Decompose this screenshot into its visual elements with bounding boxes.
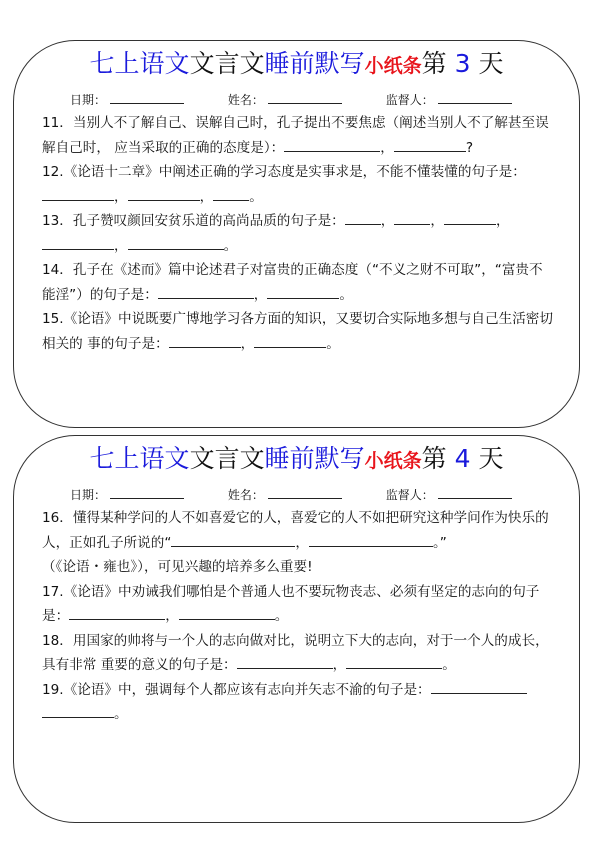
separator: ， bbox=[114, 238, 128, 254]
answer-blank[interactable] bbox=[444, 212, 480, 225]
question-text: 12.《论语十二章》中阐述正确的学习态度是实事求是，不能不懂装懂的句子是： bbox=[42, 164, 526, 180]
answer-blank[interactable] bbox=[431, 681, 527, 694]
separator: ， bbox=[381, 213, 395, 229]
questions: 11．当别人不了解自己、误解自己时，孔子提出不要焦虑（阐述当别人不了解甚至误解自… bbox=[42, 111, 556, 356]
answer-blank[interactable] bbox=[169, 335, 241, 348]
title-small-note: 小纸条 bbox=[365, 450, 422, 472]
answer-blank[interactable] bbox=[179, 607, 275, 620]
separator: ， bbox=[380, 140, 394, 156]
separator: ， bbox=[496, 213, 510, 229]
name-blank[interactable] bbox=[268, 486, 342, 499]
card-title: 七上语文文言文睡前默写小纸条第 4 天 bbox=[14, 443, 579, 477]
question-end: ? bbox=[466, 140, 473, 156]
answer-blank[interactable] bbox=[42, 188, 114, 201]
date-blank[interactable] bbox=[110, 91, 184, 104]
separator: ， bbox=[295, 535, 309, 551]
title-classical: 文言文 bbox=[190, 49, 265, 78]
date-label: 日期： bbox=[70, 93, 106, 107]
answer-blank[interactable] bbox=[254, 335, 326, 348]
question-17: 17.《论语》中劝诫我们哪怕是个普通人也不要玩物丧志、必须有坚定的志向的句子是：… bbox=[42, 580, 556, 629]
dictation-card-day-3: 七上语文文言文睡前默写小纸条第 3 天 日期： 姓名： 监督人： 11．当别人不… bbox=[13, 40, 580, 428]
question-13: 13．孔子赞叹颜回安贫乐道的高尚品质的句子是：，，，，。 bbox=[42, 209, 556, 258]
question-12: 12.《论语十二章》中阐述正确的学习态度是实事求是，不能不懂装懂的句子是：，，。 bbox=[42, 160, 556, 209]
name-label: 姓名： bbox=[228, 488, 264, 502]
question-end: 。 bbox=[114, 706, 128, 722]
title-day-number: 4 bbox=[447, 444, 479, 473]
answer-blank[interactable] bbox=[346, 656, 442, 669]
separator: ， bbox=[200, 189, 214, 205]
title-grade-subject: 七上语文 bbox=[90, 444, 190, 473]
name-blank[interactable] bbox=[268, 91, 342, 104]
date-field[interactable]: 日期： bbox=[70, 91, 184, 108]
date-field[interactable]: 日期： bbox=[70, 486, 184, 503]
question-19: 19.《论语》中，强调每个人都应该有志向并矢志不渝的句子是：。 bbox=[42, 678, 556, 727]
title-day-prefix: 第 bbox=[422, 49, 447, 78]
question-end: 。 bbox=[326, 336, 340, 352]
answer-blank[interactable] bbox=[394, 139, 466, 152]
question-16: 16．懂得某种学问的人不如喜爱它的人，喜爱它的人不如把研究这种学问作为快乐的人，… bbox=[42, 506, 556, 580]
meta-row: 日期： 姓名： 监督人： bbox=[70, 91, 512, 108]
separator: ， bbox=[333, 657, 347, 673]
question-end: 。 bbox=[224, 238, 238, 254]
title-day-suffix: 天 bbox=[478, 49, 503, 78]
questions: 16．懂得某种学问的人不如喜爱它的人，喜爱它的人不如把研究这种学问作为快乐的人，… bbox=[42, 506, 556, 727]
title-grade-subject: 七上语文 bbox=[90, 49, 190, 78]
answer-blank[interactable] bbox=[394, 212, 430, 225]
quote-close: 。” bbox=[433, 535, 447, 551]
answer-blank[interactable] bbox=[237, 656, 333, 669]
title-bedtime-dictation: 睡前默写 bbox=[265, 49, 365, 78]
name-label: 姓名： bbox=[228, 93, 264, 107]
answer-blank[interactable] bbox=[69, 607, 165, 620]
answer-blank[interactable] bbox=[42, 705, 114, 718]
answer-blank[interactable] bbox=[42, 237, 114, 250]
answer-blank[interactable] bbox=[309, 534, 433, 547]
meta-row: 日期： 姓名： 监督人： bbox=[70, 486, 512, 503]
separator: ， bbox=[430, 213, 444, 229]
question-end: 。 bbox=[249, 189, 263, 205]
card-title: 七上语文文言文睡前默写小纸条第 3 天 bbox=[14, 48, 579, 82]
answer-blank[interactable] bbox=[213, 188, 249, 201]
answer-blank[interactable] bbox=[128, 237, 224, 250]
dictation-card-day-4: 七上语文文言文睡前默写小纸条第 4 天 日期： 姓名： 监督人： 16．懂得某种… bbox=[13, 435, 580, 823]
supervisor-label: 监督人： bbox=[386, 488, 434, 502]
title-bedtime-dictation: 睡前默写 bbox=[265, 444, 365, 473]
date-blank[interactable] bbox=[110, 486, 184, 499]
separator: ， bbox=[254, 287, 268, 303]
answer-blank[interactable] bbox=[158, 286, 254, 299]
answer-blank[interactable] bbox=[345, 212, 381, 225]
title-day-prefix: 第 bbox=[422, 444, 447, 473]
title-small-note: 小纸条 bbox=[365, 55, 422, 77]
title-day-suffix: 天 bbox=[478, 444, 503, 473]
supervisor-field[interactable]: 监督人： bbox=[386, 486, 512, 503]
question-15: 15.《论语》中说既要广博地学习各方面的知识，又要切合实际地多想与自己生活密切相… bbox=[42, 307, 556, 356]
title-classical: 文言文 bbox=[190, 444, 265, 473]
supervisor-blank[interactable] bbox=[438, 486, 512, 499]
separator: ， bbox=[114, 189, 128, 205]
answer-blank[interactable] bbox=[267, 286, 339, 299]
question-end: 。 bbox=[442, 657, 456, 673]
supervisor-field[interactable]: 监督人： bbox=[386, 91, 512, 108]
question-14: 14．孔子在《述而》篇中论述君子对富贵的正确态度（“不义之财不可取”，“富贵不能… bbox=[42, 258, 556, 307]
supervisor-blank[interactable] bbox=[438, 91, 512, 104]
name-field[interactable]: 姓名： bbox=[228, 486, 342, 503]
question-end: 。 bbox=[339, 287, 353, 303]
answer-blank[interactable] bbox=[480, 212, 496, 225]
answer-blank[interactable] bbox=[284, 139, 380, 152]
date-label: 日期： bbox=[70, 488, 106, 502]
answer-blank[interactable] bbox=[171, 534, 295, 547]
title-day-number: 3 bbox=[447, 49, 479, 78]
question-source: （《论语・雍也》），可见兴趣的培养多么重要! bbox=[42, 559, 313, 575]
question-end: 。 bbox=[275, 608, 289, 624]
name-field[interactable]: 姓名： bbox=[228, 91, 342, 108]
supervisor-label: 监督人： bbox=[386, 93, 434, 107]
question-18: 18．用国家的帅将与一个人的志向做对比，说明立下大的志向，对于一个人的成长，具有… bbox=[42, 629, 556, 678]
question-text: 13．孔子赞叹颜回安贫乐道的高尚品质的句子是： bbox=[42, 213, 345, 229]
separator: ， bbox=[165, 608, 179, 624]
question-text: 19.《论语》中，强调每个人都应该有志向并矢志不渝的句子是： bbox=[42, 682, 431, 698]
answer-blank[interactable] bbox=[128, 188, 200, 201]
separator: ， bbox=[241, 336, 255, 352]
question-11: 11．当别人不了解自己、误解自己时，孔子提出不要焦虑（阐述当别人不了解甚至误解自… bbox=[42, 111, 556, 160]
